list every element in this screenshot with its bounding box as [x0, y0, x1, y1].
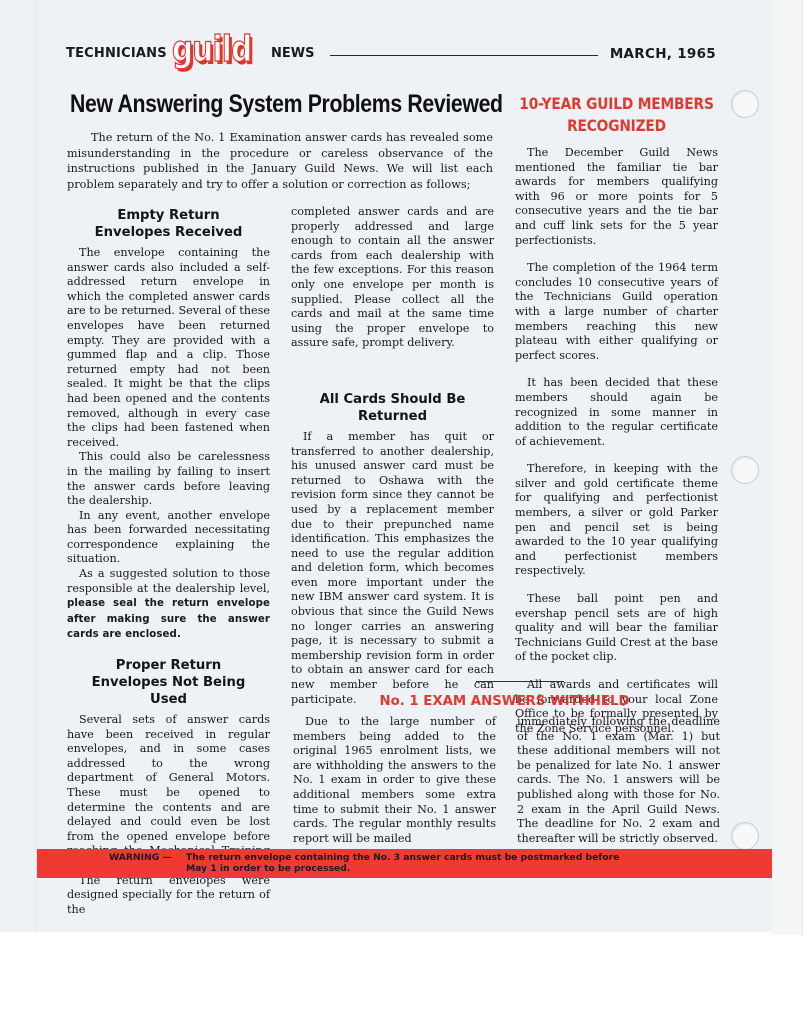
section-heading-empty-envelopes: Empty Return Envelopes Received: [67, 207, 270, 241]
main-intro: The return of the No. 1 Examination answ…: [67, 130, 493, 192]
body-paragraph: As a suggested solution to those respons…: [67, 567, 270, 643]
masthead-technicians: TECHNICIANS: [66, 46, 167, 61]
masthead: TECHNICIANS guild NEWS MARCH, 1965: [66, 34, 716, 74]
intro-paragraph: The return of the No. 1 Examination answ…: [67, 130, 493, 192]
masthead-news: NEWS: [271, 46, 314, 61]
sidebar-headline-line1: 10-YEAR GUILD MEMBERS: [519, 93, 714, 115]
warning-label: WARNING —: [109, 852, 172, 864]
guild-logo: guild: [172, 32, 251, 68]
issue-date: MARCH, 1965: [610, 46, 716, 62]
body-paragraph: In any event, another envelope has been …: [67, 509, 270, 567]
body-paragraph: This could also be carelessness in the m…: [67, 450, 270, 508]
body-paragraph: The return envelopes were designed speci…: [67, 874, 270, 918]
punch-hole-icon: [731, 456, 759, 484]
warning-banner: WARNING — The return envelope containing…: [37, 849, 772, 878]
punch-hole-icon: [731, 90, 759, 118]
main-column-1: Empty Return Envelopes Received The enve…: [67, 207, 270, 917]
exam-column-2: immediately following the deadline of th…: [517, 715, 720, 846]
main-column-2: completed answer cards and are properly …: [291, 205, 494, 707]
sidebar-column: 10-YEAR GUILD MEMBERS RECOGNIZED The Dec…: [515, 93, 718, 736]
body-paragraph: The completion of the 1964 term conclude…: [515, 261, 718, 363]
section-heading-all-cards: All Cards Should Be Returned: [291, 391, 494, 425]
body-paragraph: It has been decided that these members s…: [515, 376, 718, 449]
sidebar-headline-line2: RECOGNIZED: [529, 115, 704, 137]
punch-hole-icon: [731, 822, 759, 850]
body-paragraph: These ball point pen and evershap pencil…: [515, 592, 718, 665]
exam-headline: No. 1 EXAM ANSWERS WITHHELD: [291, 694, 718, 710]
body-paragraph: If a member has quit or transferred to a…: [291, 430, 494, 707]
body-paragraph: Therefore, in keeping with the silver an…: [515, 462, 718, 579]
main-headline: New Answering System Problems Reviewed: [70, 90, 427, 119]
section-heading-proper-envelopes: Proper Return Envelopes Not Being Used: [67, 657, 270, 708]
masthead-rule: [330, 55, 598, 56]
warning-text-line2: May 1 in order to be processed.: [186, 863, 350, 875]
body-paragraph: completed answer cards and are properly …: [291, 205, 494, 351]
exam-column-1: Due to the large number of members being…: [293, 715, 496, 846]
page-edge: [772, 0, 803, 935]
body-text: As a suggested solution to those respons…: [67, 567, 270, 595]
body-paragraph: The envelope containing the answer cards…: [67, 246, 270, 450]
page-margin-strip: [0, 0, 37, 932]
emphasis-text: please seal the return envelope after ma…: [67, 598, 270, 640]
body-paragraph: immediately following the deadline of th…: [517, 715, 720, 846]
body-paragraph: The December Guild News mentioned the fa…: [515, 146, 718, 248]
body-paragraph: Due to the large number of members being…: [293, 715, 496, 846]
